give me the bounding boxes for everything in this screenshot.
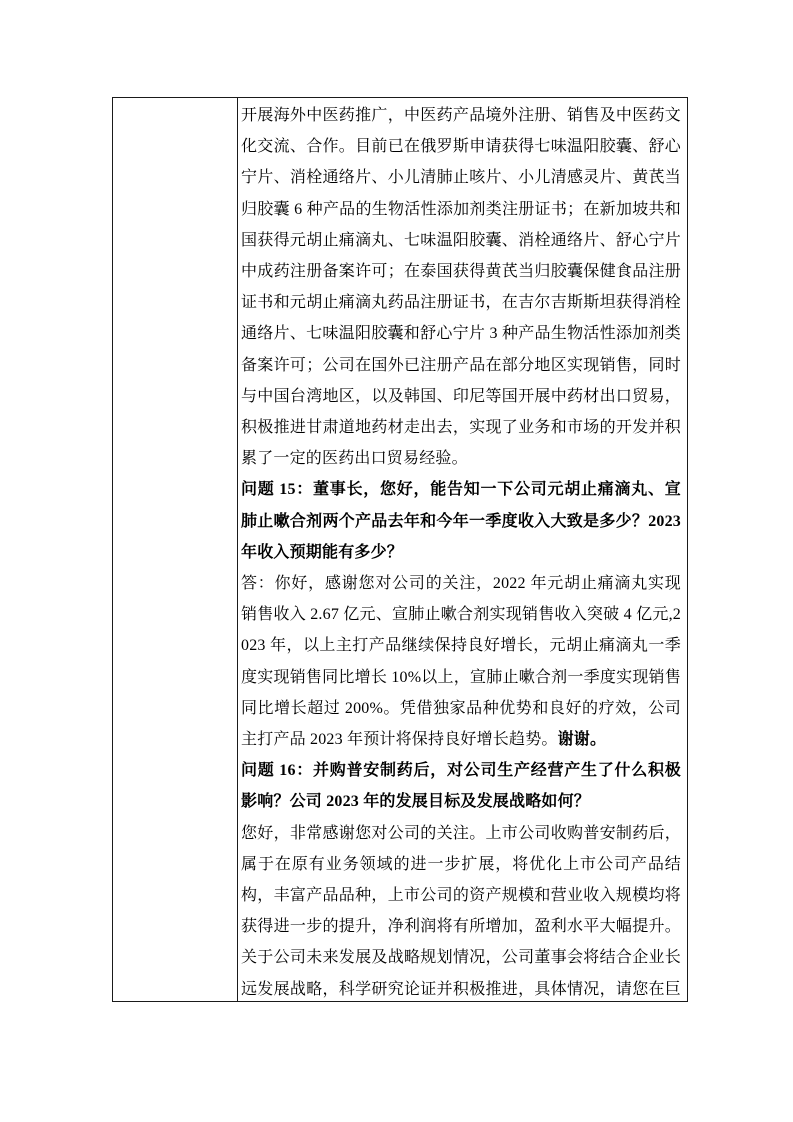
paragraph-answer-15: 答：你好，感谢您对公司的关注，2022 年元胡止痛滴丸实现销售收入 2.67 亿…	[241, 568, 681, 755]
question-15-text: 问题 15：董事长，您好，能告知一下公司元胡止痛滴丸、宣肺止嗽合剂两个产品去年和…	[241, 481, 681, 560]
paragraph-overseas-registration-body: 开展海外中医药推广，中医药产品境外注册、销售及中医药文化交流、合作。目前已在俄罗…	[241, 100, 681, 474]
qa-table: 开展海外中医药推广，中医药产品境外注册、销售及中医药文化交流、合作。目前已在俄罗…	[112, 97, 688, 1002]
answer-15-thanks-text: 谢谢。	[558, 731, 607, 748]
table-cell-qa-content: 开展海外中医药推广，中医药产品境外注册、销售及中医药文化交流、合作。目前已在俄罗…	[238, 98, 687, 1001]
paragraph-answer-16: 您好，非常感谢您对公司的关注。上市公司收购普安制药后，属于在原有业务领域的进一步…	[241, 818, 681, 1001]
paragraph-question-16: 问题 16：并购普安制药后，对公司生产经营产生了什么积极影响？公司 2023 年…	[241, 755, 681, 817]
answer-15-text: 答：你好，感谢您对公司的关注，2022 年元胡止痛滴丸实现销售收入 2.67 亿…	[241, 575, 681, 748]
table-cell-empty-label	[113, 98, 238, 1001]
body-text: 开展海外中医药推广，中医药产品境外注册、销售及中医药文化交流、合作。目前已在俄罗…	[241, 107, 681, 467]
paragraph-question-15: 问题 15：董事长，您好，能告知一下公司元胡止痛滴丸、宣肺止嗽合剂两个产品去年和…	[241, 474, 681, 568]
question-16-text: 问题 16：并购普安制药后，对公司生产经营产生了什么积极影响？公司 2023 年…	[241, 762, 681, 810]
document-page: 开展海外中医药推广，中医药产品境外注册、销售及中医药文化交流、合作。目前已在俄罗…	[0, 0, 793, 1122]
answer-16-text: 您好，非常感谢您对公司的关注。上市公司收购普安制药后，属于在原有业务领域的进一步…	[241, 825, 681, 1001]
